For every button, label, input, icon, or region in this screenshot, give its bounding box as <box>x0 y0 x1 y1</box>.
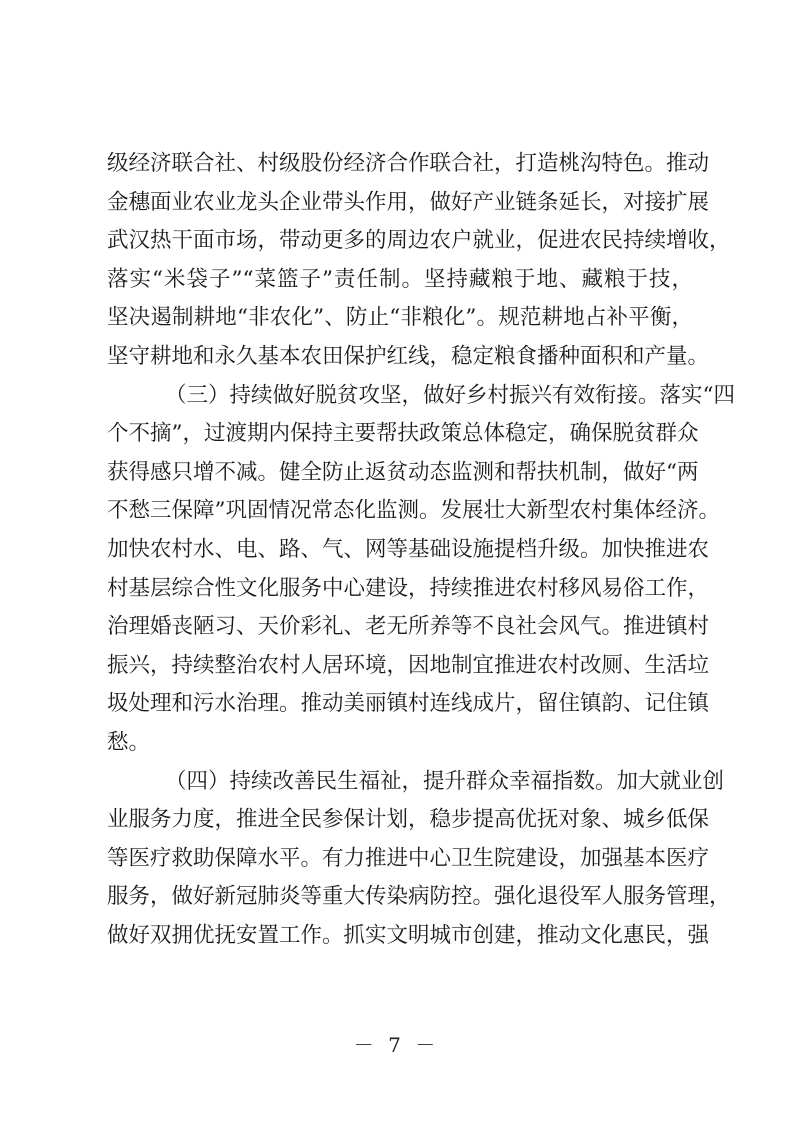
text-line: 武汉热干面市场，带动更多的周边农户就业，促进农民持续增收， <box>107 222 693 261</box>
text-line: 振兴，持续整治农村人居环境，因地制宜推进农村改厕、生活垃 <box>107 647 693 686</box>
text-line: 金穗面业农业龙头企业带头作用，做好产业链条延长，对接扩展 <box>107 184 693 223</box>
text-line: 坚决遏制耕地“非农化”、防止“非粮化”。规范耕地占补平衡， <box>107 299 693 338</box>
text-line: 个不摘”，过渡期内保持主要帮扶政策总体稳定，确保脱贫群众 <box>107 415 693 454</box>
text-line: 等医疗救助保障水平。有力推进中心卫生院建设，加强基本医疗 <box>107 840 693 879</box>
text-line: 级经济联合社、村级股份经济合作联合社，打造桃沟特色。推动 <box>107 145 693 184</box>
text-line: 村基层综合性文化服务中心建设，持续推进农村移风易俗工作， <box>107 570 693 609</box>
text-line: 服务，做好新冠肺炎等重大传染病防控。强化退役军人服务管理， <box>107 878 693 917</box>
text-line: 圾处理和污水治理。推动美丽镇村连线成片，留住镇韵、记住镇 <box>107 685 693 724</box>
text-line: 做好双拥优抚安置工作。抓实文明城市创建，推动文化惠民，强 <box>107 917 693 956</box>
text-line: 落实“米袋子”“菜篮子”责任制。坚持藏粮于地、藏粮于技， <box>107 261 693 300</box>
text-line: 获得感只增不减。健全防止返贫动态监测和帮扶机制，做好“两 <box>107 454 693 493</box>
text-line: 坚守耕地和永久基本农田保护红线，稳定粮食播种面积和产量。 <box>107 338 693 377</box>
text-line: （三）持续做好脱贫攻坚，做好乡村振兴有效衔接。落实“四 <box>107 377 693 416</box>
page-number: － 7 － <box>0 1030 793 1060</box>
text-line: 业服务力度，推进全民参保计划，稳步提高优抚对象、城乡低保 <box>107 801 693 840</box>
body-text: 级经济联合社、村级股份经济合作联合社，打造桃沟特色。推动金穗面业农业龙头企业带头… <box>107 145 693 955</box>
text-line: 加快农村水、电、路、气、网等基础设施提档升级。加快推进农 <box>107 531 693 570</box>
text-line: 愁。 <box>107 724 693 763</box>
text-line: 不愁三保障”巩固情况常态化监测。发展壮大新型农村集体经济。 <box>107 492 693 531</box>
text-line: （四）持续改善民生福祉，提升群众幸福指数。加大就业创 <box>107 763 693 802</box>
document-page: 级经济联合社、村级股份经济合作联合社，打造桃沟特色。推动金穗面业农业龙头企业带头… <box>0 0 793 1122</box>
text-line: 治理婚丧陋习、天价彩礼、老无所养等不良社会风气。推进镇村 <box>107 608 693 647</box>
